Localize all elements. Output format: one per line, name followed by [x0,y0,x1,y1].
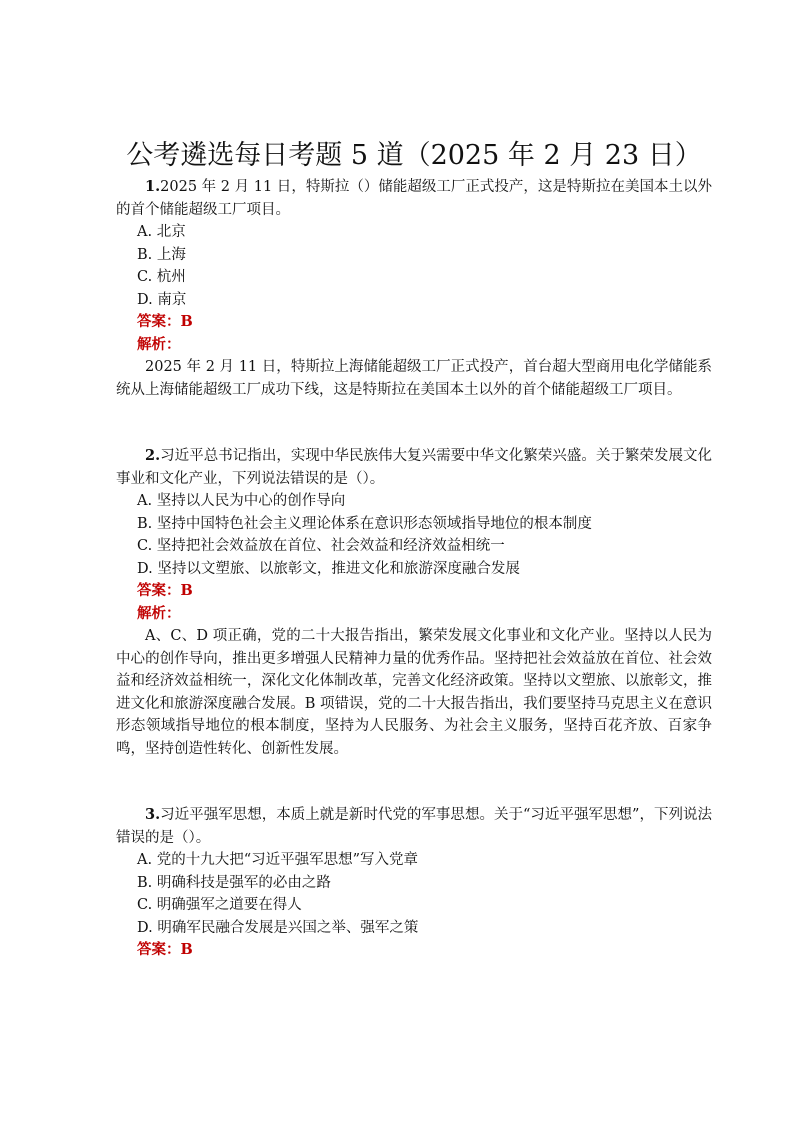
option-a: A. 党的十九大把“习近平强军思想”写入党章 [116,849,712,872]
question-stem: 2.习近平总书记指出，实现中华民族伟大复兴需要中华文化繁荣兴盛。关于繁荣发展文化… [116,445,712,490]
spacer [116,760,712,782]
option-a: A. 北京 [116,221,712,244]
question-text: 2025 年 2 月 11 日，特斯拉（）储能超级工厂正式投产，这是特斯拉在美国… [116,179,712,218]
spacer [116,401,712,423]
option-a: A. 坚持以人民为中心的创作导向 [116,490,712,513]
option-b: B. 上海 [116,244,712,267]
option-d: D. 坚持以文塑旅、以旅彰文，推进文化和旅游深度融合发展 [116,558,712,581]
spacer [116,423,712,445]
document-page: 公考遴选每日考题 5 道（2025 年 2 月 23 日） 1.2025 年 2… [116,140,712,962]
question-number: 2. [145,447,160,464]
question-2: 2.习近平总书记指出，实现中华民族伟大复兴需要中华文化繁荣兴盛。关于繁荣发展文化… [116,445,712,760]
option-d: D. 南京 [116,289,712,312]
option-c: C. 杭州 [116,266,712,289]
option-b: B. 坚持中国特色社会主义理论体系在意识形态领域指导地位的根本制度 [116,513,712,536]
analysis-text: 2025 年 2 月 11 日，特斯拉上海储能超级工厂正式投产，首台超大型商用电… [116,356,712,401]
analysis-text: A、C、D 项正确，党的二十大报告指出，繁荣发展文化事业和文化产业。坚持以人民为… [116,625,712,760]
question-number: 3. [145,806,160,823]
question-text: 习近平总书记指出，实现中华民族伟大复兴需要中华文化繁荣兴盛。关于繁荣发展文化事业… [116,448,712,487]
answer-label: 答案：B [116,939,712,962]
question-3: 3.习近平强军思想，本质上就是新时代党的军事思想。关于“习近平强军思想”，下列说… [116,804,712,962]
question-stem: 1.2025 年 2 月 11 日，特斯拉（）储能超级工厂正式投产，这是特斯拉在… [116,176,712,221]
question-number: 1. [145,178,160,195]
option-b: B. 明确科技是强军的必由之路 [116,872,712,895]
question-text: 习近平强军思想，本质上就是新时代党的军事思想。关于“习近平强军思想”，下列说法错… [116,807,712,846]
document-title: 公考遴选每日考题 5 道（2025 年 2 月 23 日） [116,140,712,172]
option-d: D. 明确军民融合发展是兴国之举、强军之策 [116,917,712,940]
option-c: C. 明确强军之道要在得人 [116,894,712,917]
answer-label: 答案：B [116,311,712,334]
spacer [116,782,712,804]
question-stem: 3.习近平强军思想，本质上就是新时代党的军事思想。关于“习近平强军思想”，下列说… [116,804,712,849]
analysis-label: 解析： [116,603,712,626]
answer-label: 答案：B [116,580,712,603]
analysis-label: 解析： [116,334,712,357]
option-c: C. 坚持把社会效益放在首位、社会效益和经济效益相统一 [116,535,712,558]
question-1: 1.2025 年 2 月 11 日，特斯拉（）储能超级工厂正式投产，这是特斯拉在… [116,176,712,401]
